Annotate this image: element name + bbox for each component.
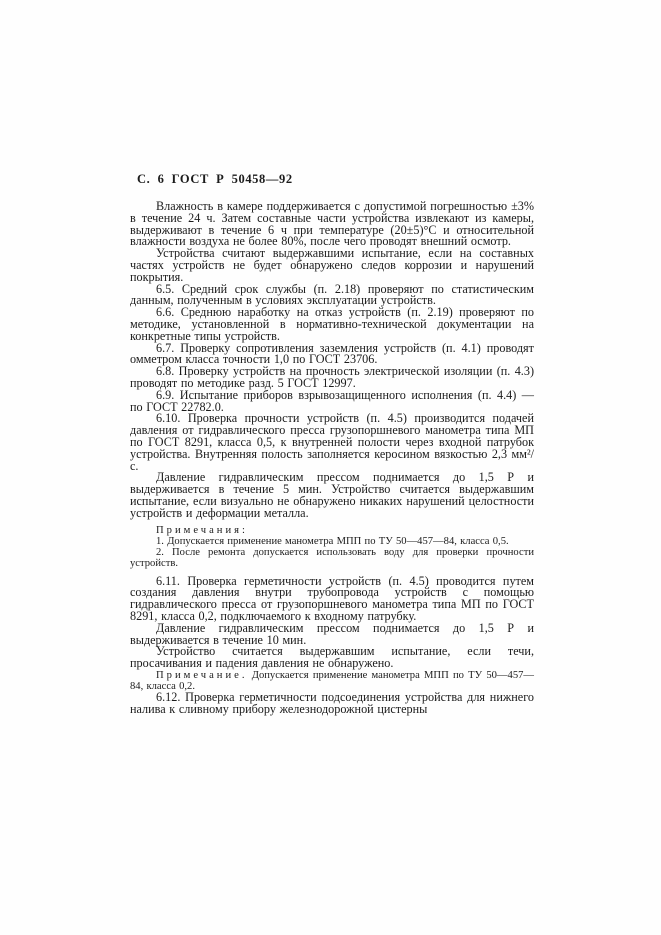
para-pressure-test-5min: Давление гидравлическим прессом поднимае… bbox=[130, 472, 534, 519]
clause-6-11: 6.11. Проверка герметичности устройств (… bbox=[130, 576, 534, 623]
note-single: Примечание. Допускается применение маном… bbox=[130, 670, 534, 692]
para-leak-result: Устройство считается выдержавшим испытан… bbox=[130, 646, 534, 670]
note-item-2: 2. После ремонта допускается использоват… bbox=[130, 547, 534, 569]
clause-6-12: 6.12. Проверка герметичности подсоединен… bbox=[130, 692, 534, 716]
document-page: С. 6 ГОСТ Р 50458—92 Влажность в камере … bbox=[0, 0, 661, 935]
clause-6-6: 6.6. Среднюю наработку на отказ устройст… bbox=[130, 307, 534, 342]
clause-6-5: 6.5. Средний срок службы (п. 2.18) прове… bbox=[130, 284, 534, 308]
notes-block: Примечания: 1. Допускается применение ма… bbox=[130, 525, 534, 569]
note-item-1: 1. Допускается применение манометра МПП … bbox=[130, 536, 534, 547]
clause-6-8: 6.8. Проверку устройств на прочность эле… bbox=[130, 366, 534, 390]
document-body: Влажность в камере поддерживается с допу… bbox=[130, 201, 534, 715]
para-humidity-test: Влажность в камере поддерживается с допу… bbox=[130, 201, 534, 248]
page-header: С. 6 ГОСТ Р 50458—92 bbox=[137, 172, 293, 187]
clause-6-10: 6.10. Проверка прочности устройств (п. 4… bbox=[130, 413, 534, 472]
para-pressure-test-10min: Давление гидравлическим прессом поднимае… bbox=[130, 623, 534, 647]
note-single-label: Примечание. bbox=[156, 670, 247, 681]
clause-6-7: 6.7. Проверку сопротивления заземления у… bbox=[130, 343, 534, 367]
para-corrosion-result: Устройства считают выдержавшими испытани… bbox=[130, 248, 534, 283]
notes-label: Примечания: bbox=[130, 525, 534, 536]
clause-6-9: 6.9. Испытание приборов взрывозащищенног… bbox=[130, 390, 534, 414]
